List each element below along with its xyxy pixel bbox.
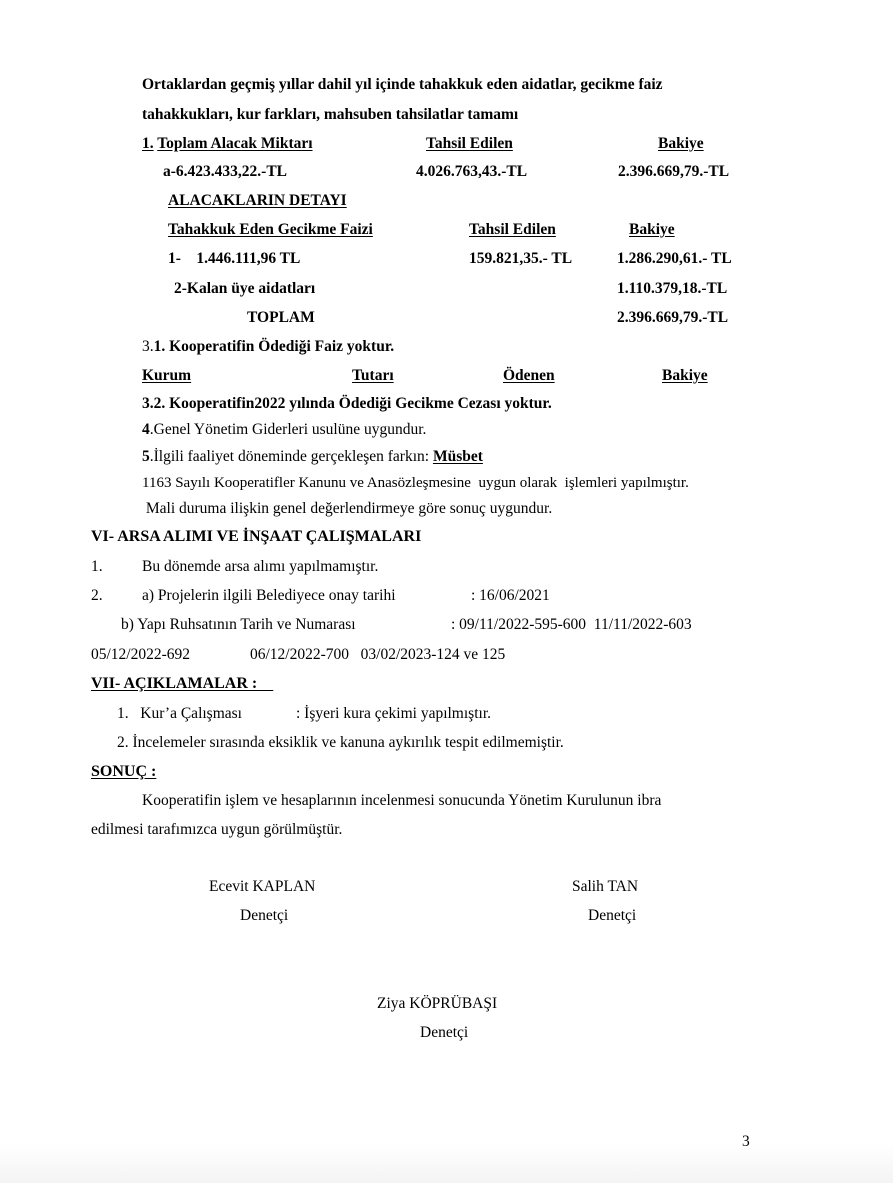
page-bottom-shadow	[0, 1143, 893, 1183]
building-permit-cont-2: 06/12/2022-700 03/02/2023-124 ve 125	[250, 646, 505, 664]
auditor-1-name: Ecevit KAPLAN	[209, 878, 315, 896]
project-approval-date: : 16/06/2021	[471, 587, 550, 605]
auditor-1-role: Denetçi	[240, 907, 288, 925]
auditor-2-role: Denetçi	[588, 907, 636, 925]
item-3-2: 3.2. Kooperatifin2022 yılında Ödediği Ge…	[142, 395, 552, 413]
conclusion-line-1: Kooperatifin işlem ve hesaplarının incel…	[142, 792, 661, 810]
detail-total-label: TOPLAM	[247, 309, 315, 327]
detail-header-balance: Bakiye	[629, 221, 675, 239]
summary-header-row: 1. Toplam Alacak Miktarı	[142, 135, 313, 153]
section-6-item-2-number: 2.	[91, 587, 103, 605]
conclusion-title: SONUÇ :	[91, 763, 156, 781]
detail-header-collected: Tahsil Edilen	[469, 221, 556, 239]
result-value: Müsbet	[433, 448, 483, 465]
building-permit-label: b) Yapı Ruhsatının Tarih ve Numarası	[121, 616, 356, 634]
inspection-note: 2. İncelemeler sırasında eksiklik ve kan…	[117, 734, 564, 752]
detail-title: ALACAKLARIN DETAYI	[168, 192, 347, 210]
interest-header-balance: Bakiye	[662, 367, 708, 385]
section-6-item-1-number: 1.	[91, 558, 103, 576]
section-7-title: VII- AÇIKLAMALAR :	[91, 675, 273, 693]
detail-row-2-label: 2-Kalan üye aidatları	[174, 280, 315, 298]
detail-row-2-balance: 1.110.379,18.-TL	[617, 280, 727, 298]
auditor-3-role: Denetçi	[420, 1024, 468, 1042]
lottery-label: 1. Kur’a Çalışması	[117, 705, 242, 723]
building-permit-values: : 09/11/2022-595-600 11/11/2022-603	[451, 616, 692, 634]
item-5: 5.İlgili faaliyet döneminde gerçekleşen …	[142, 448, 483, 466]
detail-total-balance: 2.396.669,79.-TL	[617, 309, 728, 327]
auditor-3-name: Ziya KÖPRÜBAŞI	[377, 995, 497, 1013]
summary-header-total: Toplam Alacak Miktarı	[157, 135, 312, 152]
section-6-item-1-text: Bu dönemde arsa alımı yapılmamıştır.	[142, 558, 378, 576]
summary-number: 1.	[142, 135, 154, 152]
summary-total-value: a-6.423.433,22.-TL	[163, 163, 287, 181]
lottery-value: : İşyeri kura çekimi yapılmıştır.	[296, 705, 491, 723]
item-3-1: 3.1. Kooperatifin Ödediği Faiz yoktur.	[142, 338, 394, 356]
detail-header-interest: Tahakkuk Eden Gecikme Faizi	[168, 221, 373, 239]
project-approval-label: a) Projelerin ilgili Belediyece onay tar…	[142, 587, 396, 605]
item-4: 4.Genel Yönetim Giderleri usulüne uygund…	[142, 421, 426, 439]
interest-header-kurum: Kurum	[142, 367, 246, 385]
interest-header-paid: Ödenen	[503, 367, 555, 385]
detail-row-1-balance: 1.286.290,61.- TL	[617, 250, 732, 268]
interest-header-amount: Tutarı	[352, 367, 394, 385]
summary-balance-value: 2.396.669,79.-TL	[618, 163, 729, 181]
detail-row-1-collected: 159.821,35.- TL	[469, 250, 572, 268]
auditor-2-name: Salih TAN	[572, 878, 638, 896]
financial-evaluation-text: Mali duruma ilişkin genel değerlendirmey…	[142, 500, 552, 518]
section-6-title: VI- ARSA ALIMI VE İNŞAAT ÇALIŞMALARI	[91, 528, 421, 546]
law-compliance-text: 1163 Sayılı Kooperatifler Kanunu ve Anas…	[142, 474, 689, 492]
summary-collected-value: 4.026.763,43.-TL	[416, 163, 527, 181]
intro-line-1: Ortaklardan geçmiş yıllar dahil yıl için…	[142, 76, 663, 94]
conclusion-line-2: edilmesi tarafımızca uygun görülmüştür.	[91, 821, 342, 839]
building-permit-cont-1: 05/12/2022-692	[91, 646, 190, 664]
summary-header-balance: Bakiye	[658, 135, 704, 153]
detail-row-1-label: 1- 1.446.111,96 TL	[168, 250, 300, 268]
summary-header-collected: Tahsil Edilen	[426, 135, 513, 153]
intro-line-2: tahakkukları, kur farkları, mahsuben tah…	[142, 106, 518, 124]
